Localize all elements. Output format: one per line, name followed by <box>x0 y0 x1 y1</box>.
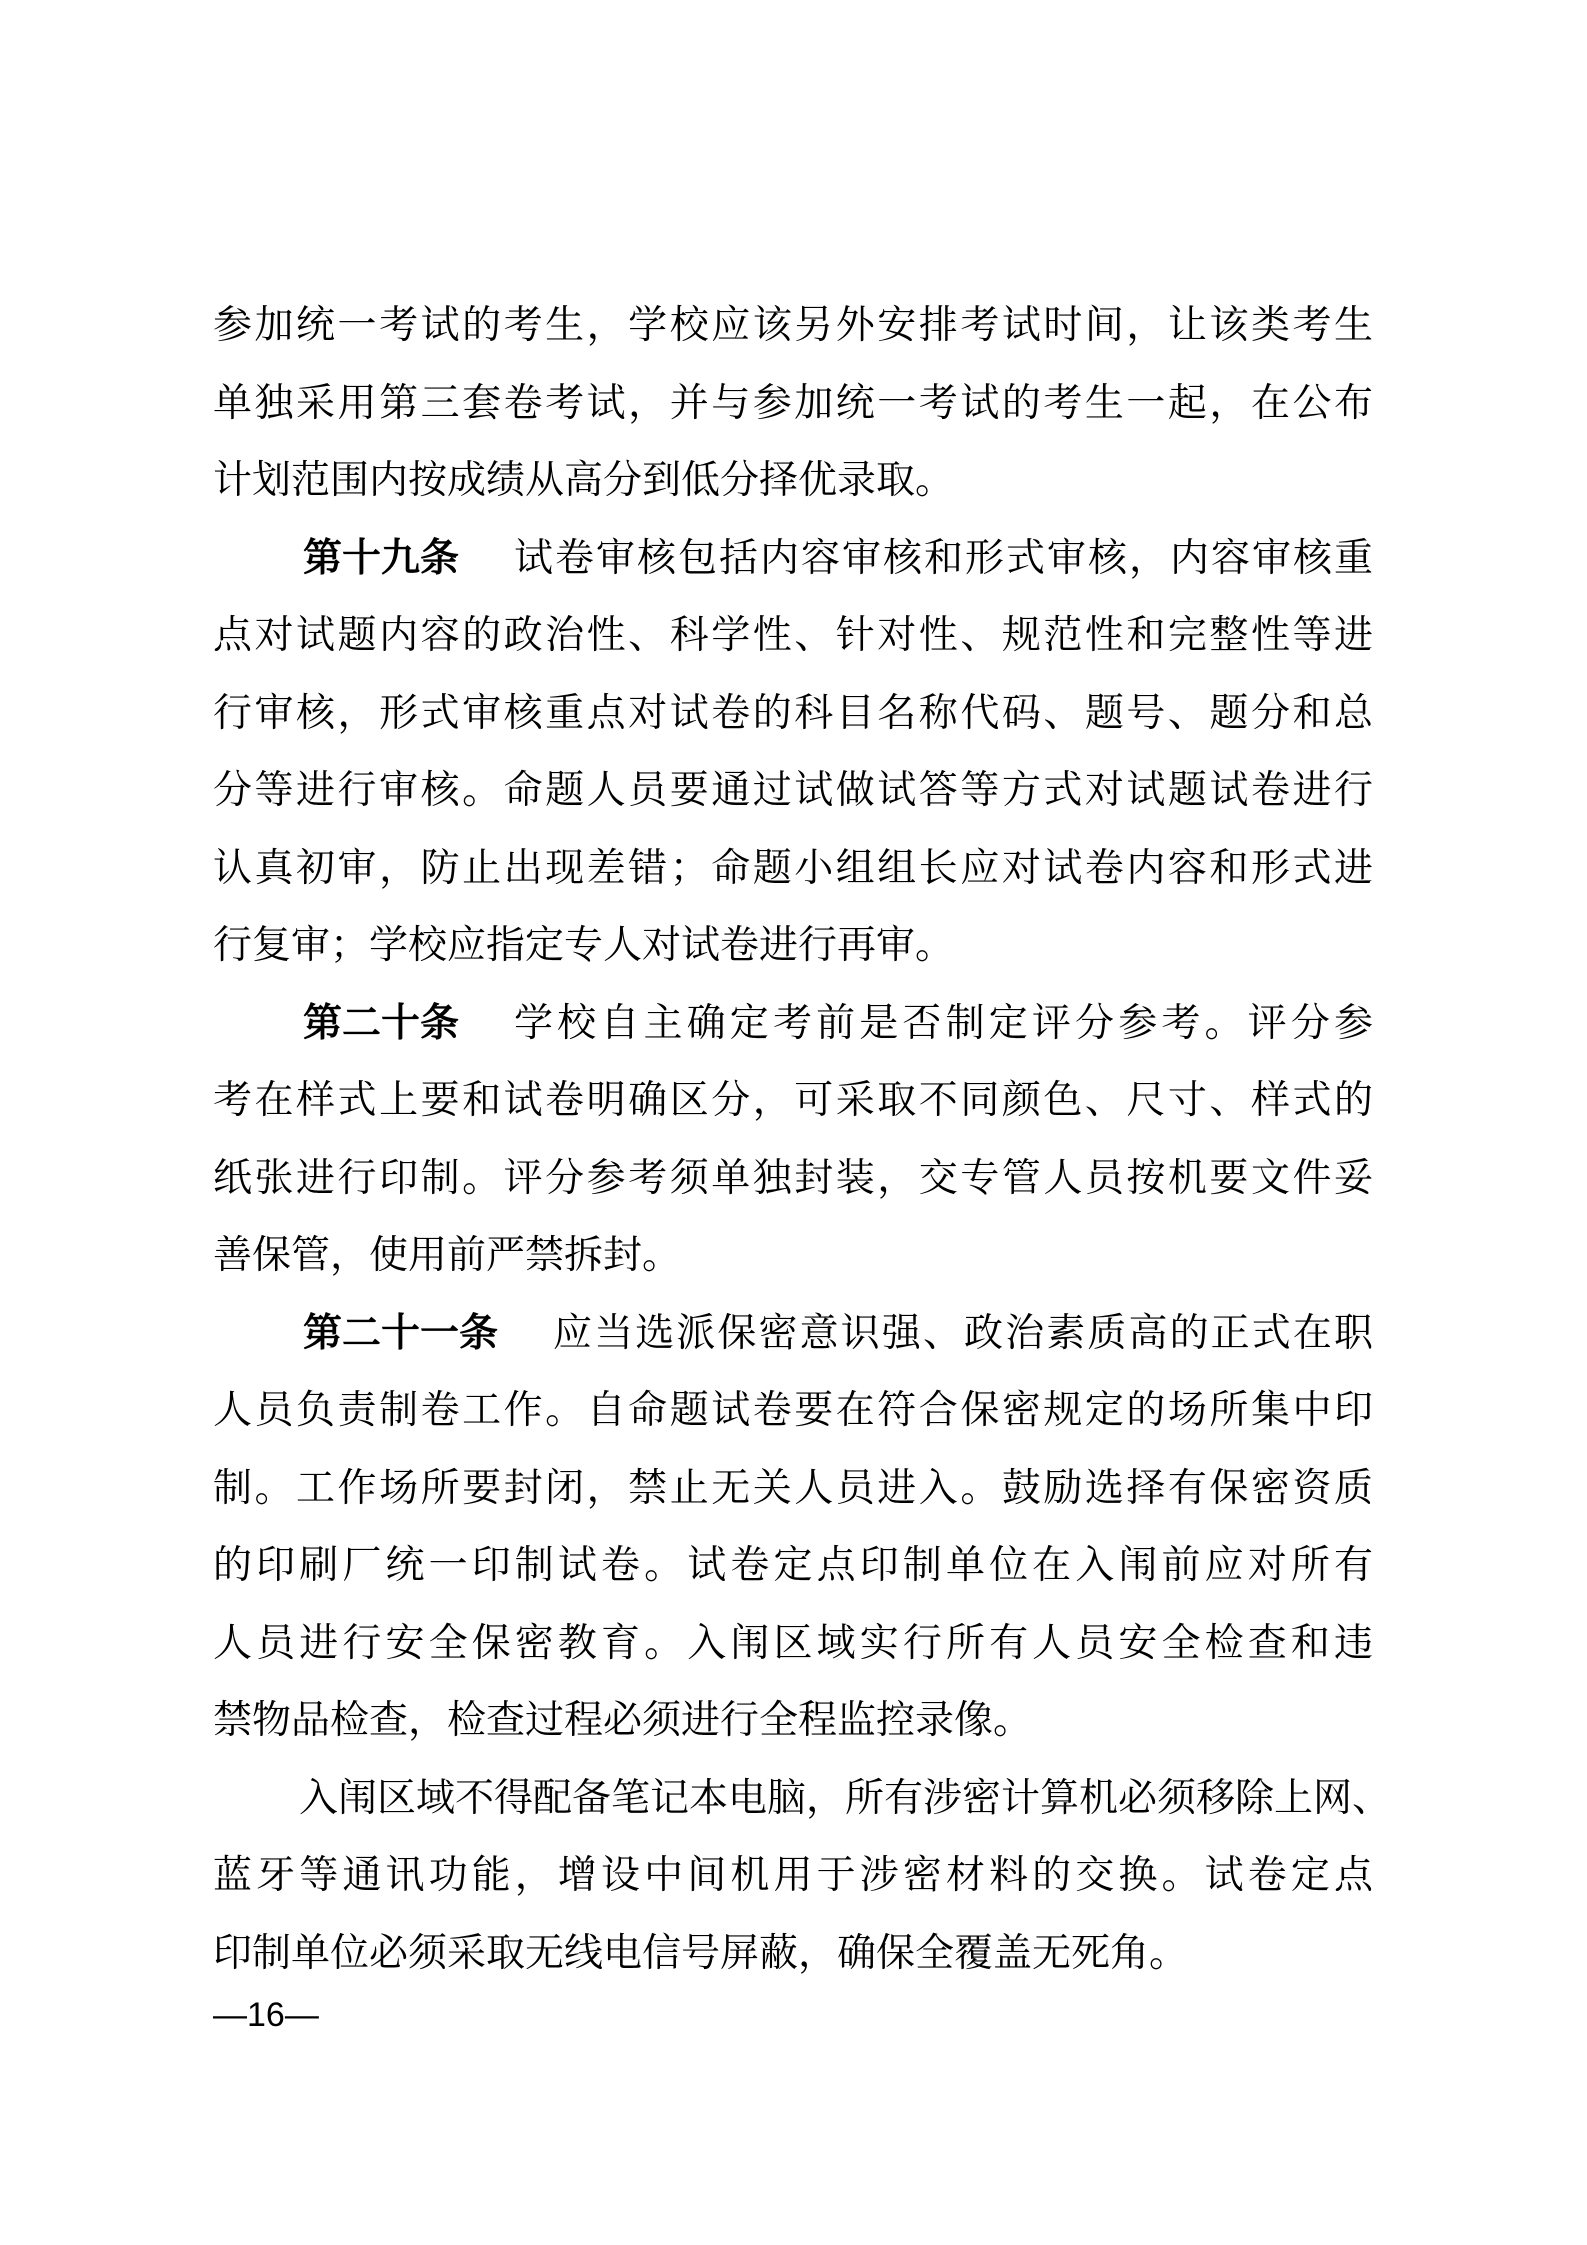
paragraph-line: 试卷审核包括内容审核和形式审核，内容审核重 <box>514 533 1373 611</box>
paragraph-line: 蓝牙等通讯功能，增设中间机用于涉密材料的交换。试卷定点 <box>213 1850 1373 1928</box>
article-19-first-line: 第十九条 试卷审核包括内容审核和形式审核，内容审核重 <box>213 533 1373 611</box>
document-body: 参加统一考试的考生，学校应该另外安排考试时间，让该类考生 单独采用第三套卷考试，… <box>213 300 1373 2005</box>
paragraph-line: 单独采用第三套卷考试，并与参加统一考试的考生一起，在公布 <box>213 378 1373 456</box>
paragraph-line: 行审核，形式审核重点对试卷的科目名称代码、题号、题分和总 <box>213 688 1373 766</box>
document-page: 参加统一考试的考生，学校应该另外安排考试时间，让该类考生 单独采用第三套卷考试，… <box>0 0 1587 2245</box>
paragraph-line: 的印刷厂统一印制试卷。试卷定点印制单位在入闱前应对所有 <box>213 1540 1373 1618</box>
paragraph-line: 人员进行安全保密教育。入闱区域实行所有人员安全检查和违 <box>213 1618 1373 1696</box>
paragraph-line: 计划范围内按成绩从高分到低分择优录取。 <box>213 455 1373 533</box>
article-heading: 第二十条 <box>303 998 459 1076</box>
paragraph-line: 考在样式上要和试卷明确区分，可采取不同颜色、尺寸、样式的 <box>213 1075 1373 1153</box>
paragraph-line: 善保管，使用前严禁拆封。 <box>213 1230 1373 1308</box>
paragraph-line: 点对试题内容的政治性、科学性、针对性、规范性和完整性等进 <box>213 610 1373 688</box>
paragraph-line: 禁物品检查，检查过程必须进行全程监控录像。 <box>213 1695 1373 1773</box>
paragraph-line: 认真初审，防止出现差错；命题小组组长应对试卷内容和形式进 <box>213 843 1373 921</box>
article-20-first-line: 第二十条 学校自主确定考前是否制定评分参考。评分参 <box>213 998 1373 1076</box>
article-21-first-line: 第二十一条 应当选派保密意识强、政治素质高的正式在职 <box>213 1308 1373 1386</box>
paragraph-line: 制。工作场所要封闭，禁止无关人员进入。鼓励选择有保密资质 <box>213 1463 1373 1541</box>
paragraph-line: 分等进行审核。命题人员要通过试做试答等方式对试题试卷进行 <box>213 765 1373 843</box>
paragraph-line: 行复审；学校应指定专人对试卷进行再审。 <box>213 920 1373 998</box>
paragraph-line: 入闱区域不得配备笔记本电脑，所有涉密计算机必须移除上网、 <box>213 1773 1373 1851</box>
page-number: —16— <box>213 1995 319 2035</box>
paragraph-line: 纸张进行印制。评分参考须单独封装，交专管人员按机要文件妥 <box>213 1153 1373 1231</box>
paragraph-line: 印制单位必须采取无线电信号屏蔽，确保全覆盖无死角。 <box>213 1928 1373 2006</box>
article-heading: 第十九条 <box>303 533 459 611</box>
article-heading: 第二十一条 <box>303 1308 498 1386</box>
paragraph-line: 应当选派保密意识强、政治素质高的正式在职 <box>553 1308 1373 1386</box>
paragraph-line: 参加统一考试的考生，学校应该另外安排考试时间，让该类考生 <box>213 300 1373 378</box>
paragraph-line: 人员负责制卷工作。自命题试卷要在符合保密规定的场所集中印 <box>213 1385 1373 1463</box>
paragraph-line: 学校自主确定考前是否制定评分参考。评分参 <box>514 998 1373 1076</box>
